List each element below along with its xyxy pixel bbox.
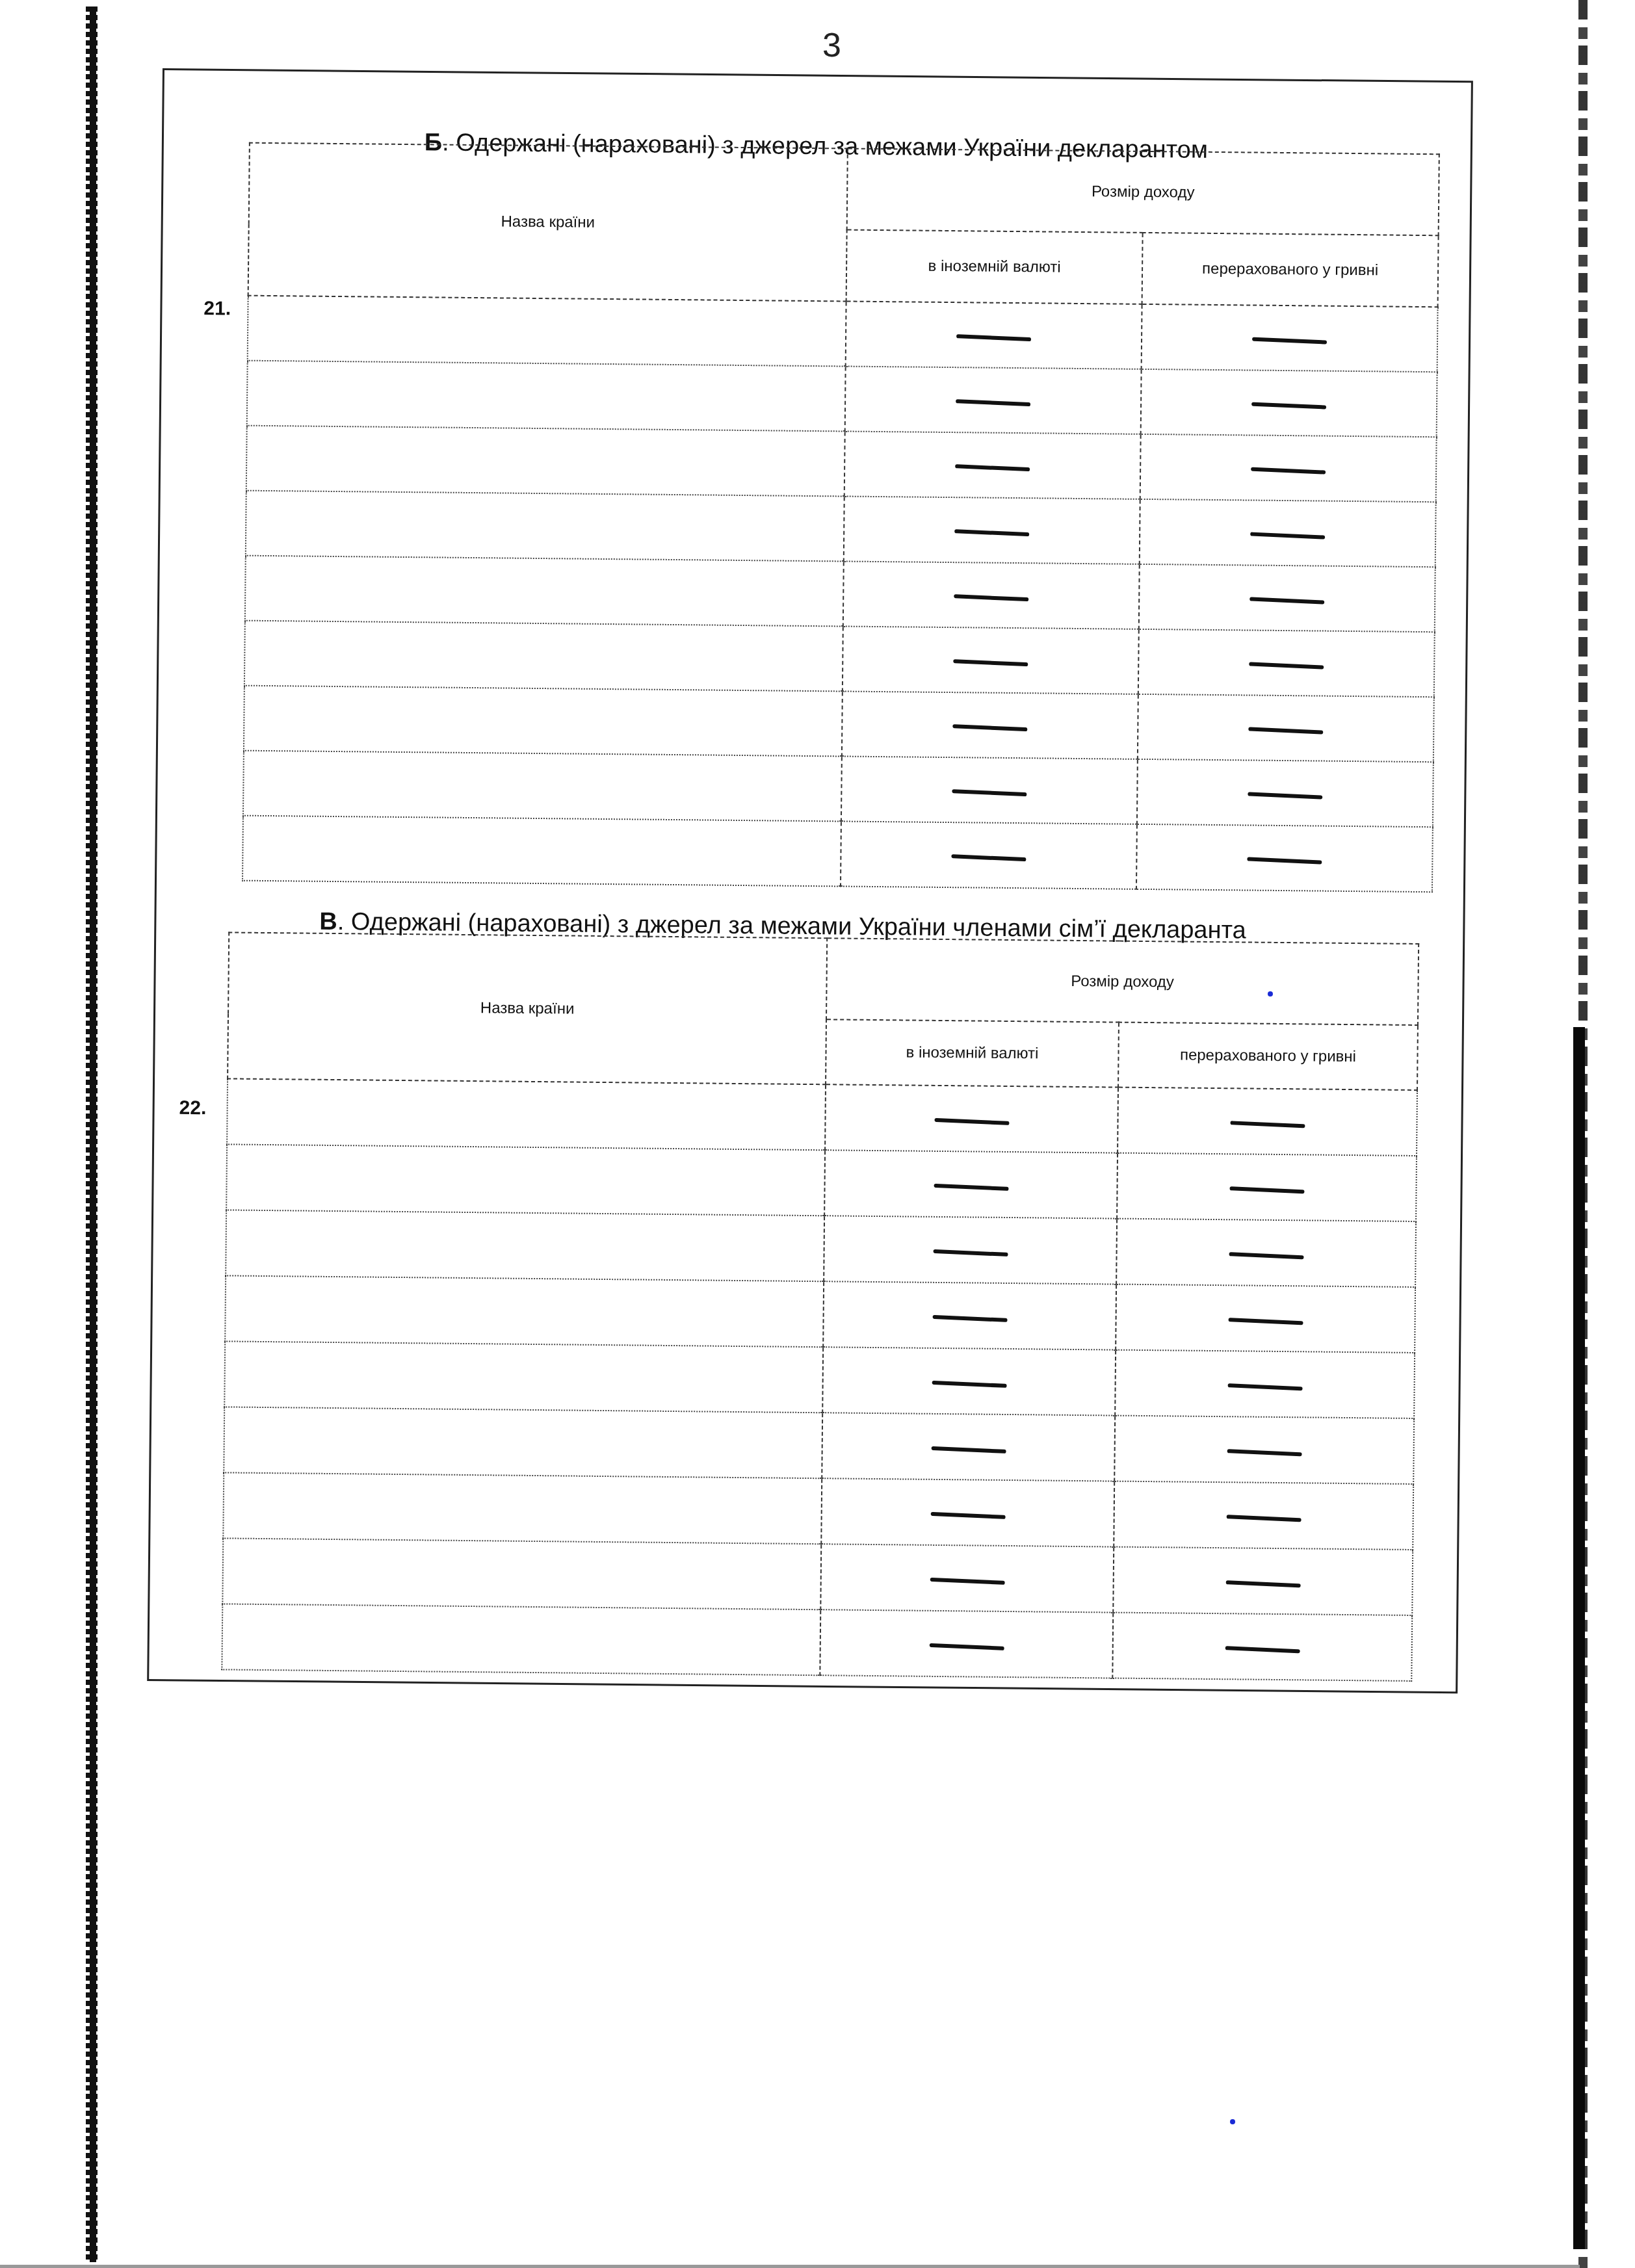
cell-country [248,296,846,367]
table-row [223,1472,1413,1550]
handwritten-dash [1225,1580,1300,1587]
cell-converted-uah [1137,759,1433,827]
header-country: Назва країни [248,143,848,302]
handwritten-dash [931,1446,1006,1453]
cell-foreign-currency [824,1216,1117,1284]
handwritten-dash [1250,532,1325,539]
cell-foreign-currency [821,1478,1114,1546]
cell-country [226,1210,824,1281]
ink-speck-blue [1230,2119,1235,2124]
cell-foreign-currency [843,561,1140,629]
cell-country [222,1538,821,1610]
page-number: 3 [822,26,841,65]
ink-speck-blue [1268,991,1273,997]
handwritten-dash [1230,1121,1305,1128]
cell-foreign-currency [824,1150,1118,1218]
handwritten-dash [956,334,1031,341]
table-row [242,816,1433,893]
cell-foreign-currency [822,1413,1115,1481]
section-letter: В [319,908,337,935]
cell-foreign-currency [822,1347,1116,1415]
cell-foreign-currency [841,821,1137,889]
cell-country [225,1275,824,1347]
cell-converted-uah [1140,499,1436,567]
table-row [246,491,1436,567]
handwritten-dash [1227,1449,1301,1456]
table-row [246,426,1437,502]
table-row [225,1275,1415,1353]
handwritten-dash [955,464,1030,471]
handwritten-dash [930,1577,1004,1584]
cell-converted-uah [1113,1547,1413,1615]
table-row [224,1341,1415,1418]
cell-country [222,1604,820,1675]
cell-country [245,556,844,627]
cell-country [226,1144,825,1216]
table-row [245,556,1435,632]
cell-converted-uah [1118,1088,1417,1156]
income-table: Назва країни Розмір доходу в іноземній в… [221,932,1419,1682]
handwritten-dash [1227,1383,1302,1390]
header-converted-uah: перерахованого у гривні [1142,233,1439,307]
table-row [226,1144,1417,1221]
cell-foreign-currency [841,756,1138,824]
handwritten-dash [952,724,1027,731]
page-bottom-edge [0,2265,1580,2268]
cell-converted-uah [1116,1219,1416,1287]
handwritten-dash [954,529,1029,536]
cell-converted-uah [1141,369,1437,437]
handwritten-dash [934,1117,1009,1125]
cell-country [224,1407,822,1478]
handwritten-dash [1249,597,1324,604]
cell-foreign-currency [844,432,1141,499]
handwritten-dash [1249,662,1324,669]
handwritten-dash [952,789,1027,796]
cell-converted-uah [1140,434,1437,502]
handwritten-dash [1251,467,1326,475]
handwritten-dash [1248,792,1322,799]
handwritten-dash [956,399,1030,406]
cell-converted-uah [1117,1153,1417,1221]
handwritten-dash [933,1249,1008,1256]
handwritten-dash [929,1643,1004,1650]
cell-country [224,1341,823,1413]
cell-foreign-currency [846,302,1142,369]
cell-converted-uah [1138,629,1435,697]
cell-country [223,1472,822,1544]
cell-converted-uah [1114,1481,1413,1550]
header-country: Назва країни [228,932,827,1084]
handwritten-dash [932,1314,1007,1322]
table-row [226,1210,1416,1287]
handwritten-dash [1228,1318,1303,1325]
header-income-size: Розмір доходу [847,149,1439,236]
cell-country [243,751,842,822]
cell-country [227,1078,826,1150]
handwritten-dash [1252,337,1327,345]
handwritten-dash [1247,857,1322,864]
cell-country [244,621,843,692]
handwritten-dash [954,594,1028,601]
cell-foreign-currency [843,626,1139,694]
cell-converted-uah [1114,1416,1414,1484]
cell-converted-uah [1139,564,1435,632]
header-converted-uah: перерахованого у гривні [1118,1023,1418,1090]
income-table: Назва країни Розмір доходу в іноземній в… [242,142,1440,893]
cell-converted-uah [1112,1613,1412,1681]
scan-edge-shadow [1573,1027,1585,2249]
table-row [224,1407,1414,1484]
cell-foreign-currency [823,1281,1116,1349]
header-income-size: Розмір доходу [826,938,1419,1025]
cell-converted-uah [1115,1350,1415,1418]
row-number: 21. [203,298,231,320]
table-row [222,1538,1413,1615]
cell-country [247,361,846,432]
table-row [243,751,1433,828]
handwritten-dash [951,854,1026,861]
cell-foreign-currency [820,1544,1114,1612]
handwritten-dash [934,1183,1008,1190]
handwritten-dash [932,1380,1006,1387]
handwritten-dash [1229,1252,1303,1259]
cell-foreign-currency [844,497,1140,564]
table-row [227,1078,1417,1156]
table-row [248,296,1438,372]
handwritten-dash [1226,1515,1301,1522]
handwritten-dash [1248,727,1323,734]
handwritten-dash [1225,1646,1300,1653]
cell-converted-uah [1116,1284,1415,1353]
cell-foreign-currency [825,1084,1118,1153]
table-row [247,361,1437,437]
table-row [244,686,1434,763]
table-row [244,621,1435,697]
handwritten-dash [1229,1186,1304,1193]
row-number: 22. [179,1097,206,1119]
cell-country [246,491,844,562]
table-row [222,1604,1412,1681]
handwritten-dash [1251,402,1326,410]
handwritten-dash [930,1511,1005,1519]
header-foreign-currency: в іноземній валюті [846,230,1143,304]
handwritten-dash [953,659,1028,666]
cell-foreign-currency [845,367,1142,434]
cell-country [244,686,843,757]
cell-converted-uah [1136,824,1433,892]
cell-country [246,426,845,497]
binding-strip [78,7,98,2262]
cell-converted-uah [1142,304,1438,372]
cell-converted-uah [1138,694,1434,762]
cell-country [242,816,841,887]
cell-foreign-currency [820,1610,1113,1678]
header-foreign-currency: в іноземній валюті [826,1019,1119,1087]
cell-foreign-currency [842,691,1138,759]
